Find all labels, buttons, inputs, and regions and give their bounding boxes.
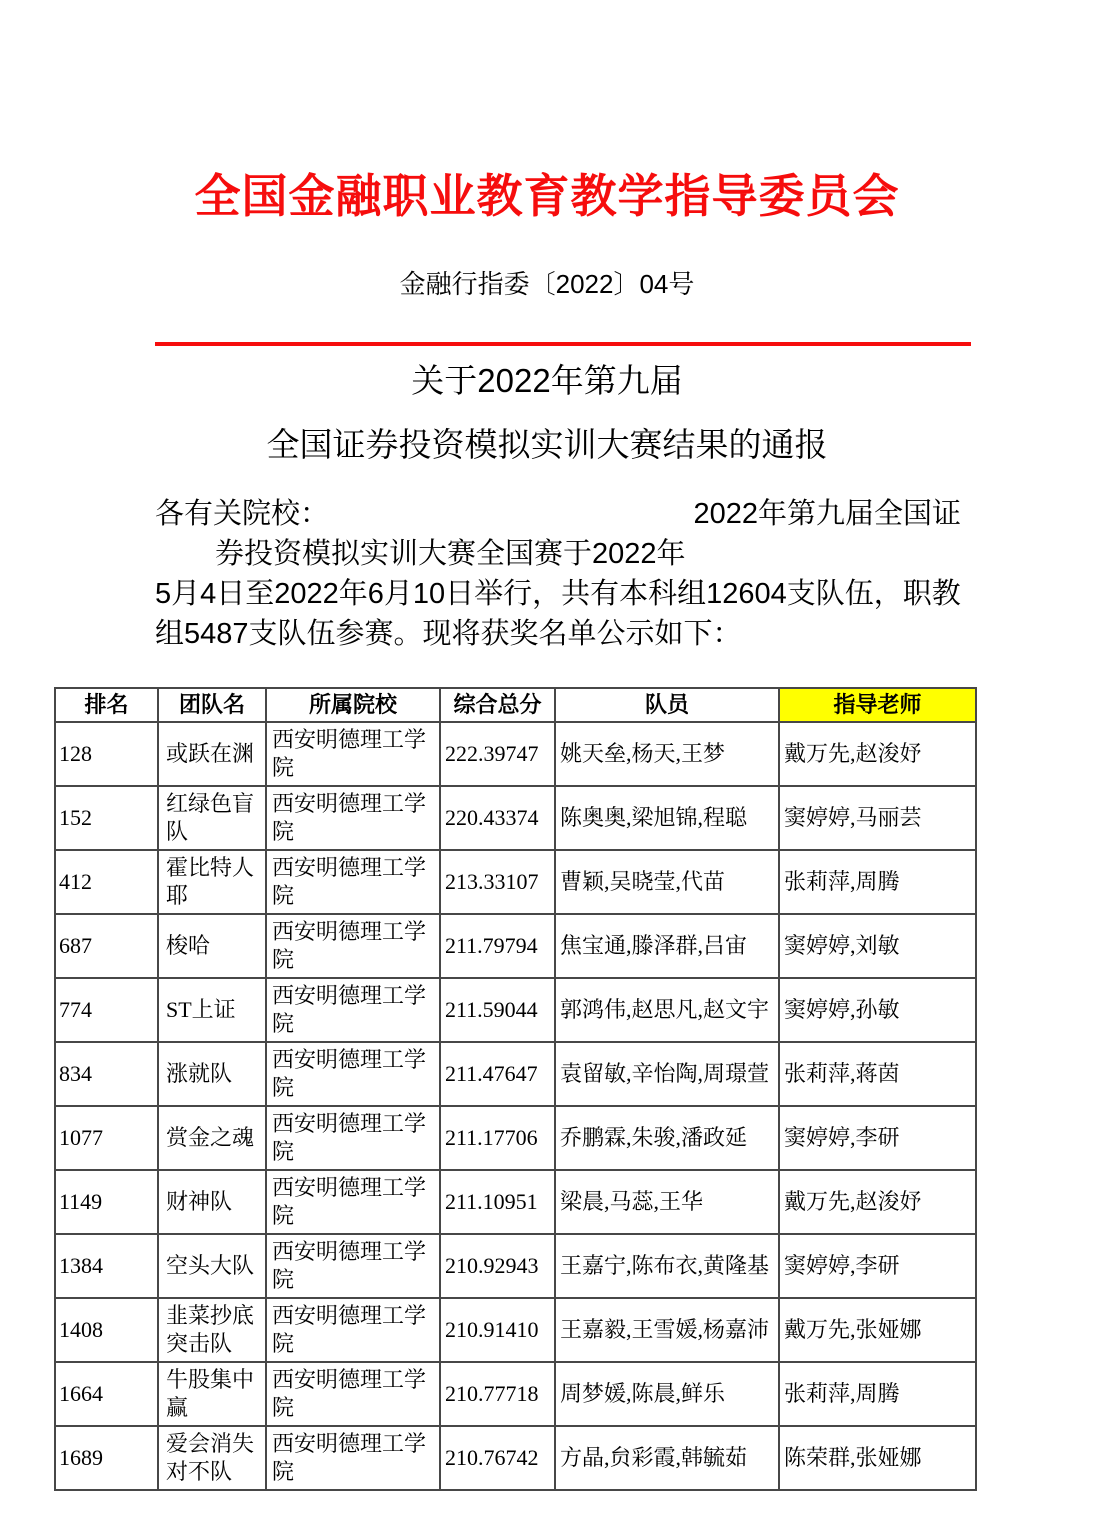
members-cell: 曹颖,吴晓莹,代苗: [555, 850, 779, 914]
salutation: 各有关院校：: [155, 494, 329, 534]
team-cell: 涨就队: [158, 1042, 266, 1106]
header-school: 所属院校: [266, 688, 440, 722]
school-cell: 西安明德理工学院: [266, 850, 440, 914]
team-cell: 财神队: [158, 1170, 266, 1234]
header-teachers: 指导老师: [779, 688, 976, 722]
school-cell: 西安明德理工学院: [266, 914, 440, 978]
team-cell: ST上证: [158, 978, 266, 1042]
school-cell: 西安明德理工学院: [266, 1234, 440, 1298]
teachers-cell: 张莉萍,蒋茵: [779, 1042, 976, 1106]
team-cell: 韭菜抄底突击队: [158, 1298, 266, 1362]
score-cell: 222.39747: [440, 722, 555, 786]
school-cell: 西安明德理工学院: [266, 978, 440, 1042]
teachers-cell: 戴万先,张娅娜: [779, 1298, 976, 1362]
members-cell: 周梦媛,陈晨,鲜乐: [555, 1362, 779, 1426]
members-cell: 乔鹏霖,朱骏,潘政延: [555, 1106, 779, 1170]
score-cell: 220.43374: [440, 786, 555, 850]
school-cell: 西安明德理工学院: [266, 1170, 440, 1234]
results-table-body: 128或跃在渊西安明德理工学院222.39747姚天垒,杨天,王梦戴万先,赵浚妤…: [55, 722, 976, 1490]
red-divider: [155, 342, 971, 346]
members-cell: 焦宝通,滕泽群,吕宙: [555, 914, 779, 978]
team-cell: 牛股集中赢: [158, 1362, 266, 1426]
teachers-cell: 戴万先,赵浚妤: [779, 722, 976, 786]
score-cell: 211.79794: [440, 914, 555, 978]
rank-cell: 774: [55, 978, 158, 1042]
rank-cell: 1149: [55, 1170, 158, 1234]
members-cell: 方晶,贠彩霞,韩毓茹: [555, 1426, 779, 1490]
header-row: 排名 团队名 所属院校 综合总分 队员 指导老师: [55, 688, 976, 722]
teachers-cell: 窦婷婷,李研: [779, 1234, 976, 1298]
table-row: 128或跃在渊西安明德理工学院222.39747姚天垒,杨天,王梦戴万先,赵浚妤: [55, 722, 976, 786]
table-row: 834涨就队西安明德理工学院211.47647袁留敏,辛怡陶,周璟萱张莉萍,蒋茵: [55, 1042, 976, 1106]
paragraph-line-4: 组5487支队伍参赛。现将获奖名单公示如下：: [155, 614, 961, 654]
rank-cell: 1384: [55, 1234, 158, 1298]
rank-cell: 1664: [55, 1362, 158, 1426]
rank-cell: 128: [55, 722, 158, 786]
notice-title-line1: 关于2022年第九届: [0, 362, 1094, 400]
table-row: 152红绿色盲队西安明德理工学院220.43374陈奥奥,梁旭锦,程聪窦婷婷,马…: [55, 786, 976, 850]
score-cell: 213.33107: [440, 850, 555, 914]
team-cell: 爱会消失对不队: [158, 1426, 266, 1490]
school-cell: 西安明德理工学院: [266, 786, 440, 850]
table-row: 1408韭菜抄底突击队西安明德理工学院210.91410王嘉毅,王雪媛,杨嘉沛戴…: [55, 1298, 976, 1362]
table-row: 1664牛股集中赢西安明德理工学院210.77718周梦媛,陈晨,鲜乐张莉萍,周…: [55, 1362, 976, 1426]
teachers-cell: 张莉萍,周腾: [779, 850, 976, 914]
score-cell: 210.91410: [440, 1298, 555, 1362]
members-cell: 陈奥奥,梁旭锦,程聪: [555, 786, 779, 850]
teachers-cell: 戴万先,赵浚妤: [779, 1170, 976, 1234]
results-table-header: 排名 团队名 所属院校 综合总分 队员 指导老师: [55, 688, 976, 722]
results-table: 排名 团队名 所属院校 综合总分 队员 指导老师 128或跃在渊西安明德理工学院…: [54, 687, 977, 1491]
score-cell: 211.10951: [440, 1170, 555, 1234]
header-score: 综合总分: [440, 688, 555, 722]
org-title: 全国金融职业教育教学指导委员会: [0, 170, 1094, 222]
team-cell: 或跃在渊: [158, 722, 266, 786]
body-paragraph: 各有关院校： 2022年第九届全国证 券投资模拟实训大赛全国赛于2022年 5月…: [155, 494, 961, 654]
team-cell: 空头大队: [158, 1234, 266, 1298]
teachers-cell: 张莉萍,周腾: [779, 1362, 976, 1426]
table-row: 412霍比特人耶西安明德理工学院213.33107曹颖,吴晓莹,代苗张莉萍,周腾: [55, 850, 976, 914]
paragraph-line-2: 券投资模拟实训大赛全国赛于2022年: [155, 534, 961, 574]
members-cell: 郭鸿伟,赵思凡,赵文宇: [555, 978, 779, 1042]
paragraph-line-1: 各有关院校： 2022年第九届全国证: [155, 494, 961, 534]
rank-cell: 412: [55, 850, 158, 914]
table-row: 1384空头大队西安明德理工学院210.92943王嘉宁,陈布衣,黄隆基窦婷婷,…: [55, 1234, 976, 1298]
rank-cell: 1689: [55, 1426, 158, 1490]
school-cell: 西安明德理工学院: [266, 1106, 440, 1170]
rank-cell: 1077: [55, 1106, 158, 1170]
members-cell: 王嘉宁,陈布衣,黄隆基: [555, 1234, 779, 1298]
header-team: 团队名: [158, 688, 266, 722]
rank-cell: 687: [55, 914, 158, 978]
members-cell: 姚天垒,杨天,王梦: [555, 722, 779, 786]
notice-title-line2: 全国证券投资模拟实训大赛结果的通报: [0, 426, 1094, 464]
team-cell: 红绿色盲队: [158, 786, 266, 850]
teachers-cell: 窦婷婷,刘敏: [779, 914, 976, 978]
school-cell: 西安明德理工学院: [266, 722, 440, 786]
school-cell: 西安明德理工学院: [266, 1042, 440, 1106]
header-rank: 排名: [55, 688, 158, 722]
rank-cell: 1408: [55, 1298, 158, 1362]
team-cell: 赏金之魂: [158, 1106, 266, 1170]
team-cell: 霍比特人耶: [158, 850, 266, 914]
rank-cell: 834: [55, 1042, 158, 1106]
teachers-cell: 窦婷婷,李研: [779, 1106, 976, 1170]
score-cell: 211.47647: [440, 1042, 555, 1106]
members-cell: 王嘉毅,王雪媛,杨嘉沛: [555, 1298, 779, 1362]
score-cell: 210.76742: [440, 1426, 555, 1490]
header-members: 队员: [555, 688, 779, 722]
school-cell: 西安明德理工学院: [266, 1298, 440, 1362]
score-cell: 211.17706: [440, 1106, 555, 1170]
paragraph-line-3: 5月4日至2022年6月10日举行，共有本科组12604支队伍，职教: [155, 574, 961, 614]
table-row: 687梭哈西安明德理工学院211.79794焦宝通,滕泽群,吕宙窦婷婷,刘敏: [55, 914, 976, 978]
team-cell: 梭哈: [158, 914, 266, 978]
table-row: 1149财神队西安明德理工学院211.10951梁晨,马蕊,王华戴万先,赵浚妤: [55, 1170, 976, 1234]
school-cell: 西安明德理工学院: [266, 1362, 440, 1426]
teachers-cell: 窦婷婷,孙敏: [779, 978, 976, 1042]
score-cell: 211.59044: [440, 978, 555, 1042]
score-cell: 210.77718: [440, 1362, 555, 1426]
score-cell: 210.92943: [440, 1234, 555, 1298]
doc-number: 金融行指委〔2022〕04号: [0, 268, 1094, 300]
document-page: 全国金融职业教育教学指导委员会 金融行指委〔2022〕04号 关于2022年第九…: [0, 0, 1094, 1539]
teachers-cell: 陈荣群,张娅娜: [779, 1426, 976, 1490]
school-cell: 西安明德理工学院: [266, 1426, 440, 1490]
rank-cell: 152: [55, 786, 158, 850]
table-row: 774ST上证西安明德理工学院211.59044郭鸿伟,赵思凡,赵文宇窦婷婷,孙…: [55, 978, 976, 1042]
paragraph-line-1-right: 2022年第九届全国证: [693, 494, 961, 534]
table-row: 1689爱会消失对不队西安明德理工学院210.76742方晶,贠彩霞,韩毓茹陈荣…: [55, 1426, 976, 1490]
table-row: 1077赏金之魂西安明德理工学院211.17706乔鹏霖,朱骏,潘政延窦婷婷,李…: [55, 1106, 976, 1170]
members-cell: 袁留敏,辛怡陶,周璟萱: [555, 1042, 779, 1106]
teachers-cell: 窦婷婷,马丽芸: [779, 786, 976, 850]
members-cell: 梁晨,马蕊,王华: [555, 1170, 779, 1234]
